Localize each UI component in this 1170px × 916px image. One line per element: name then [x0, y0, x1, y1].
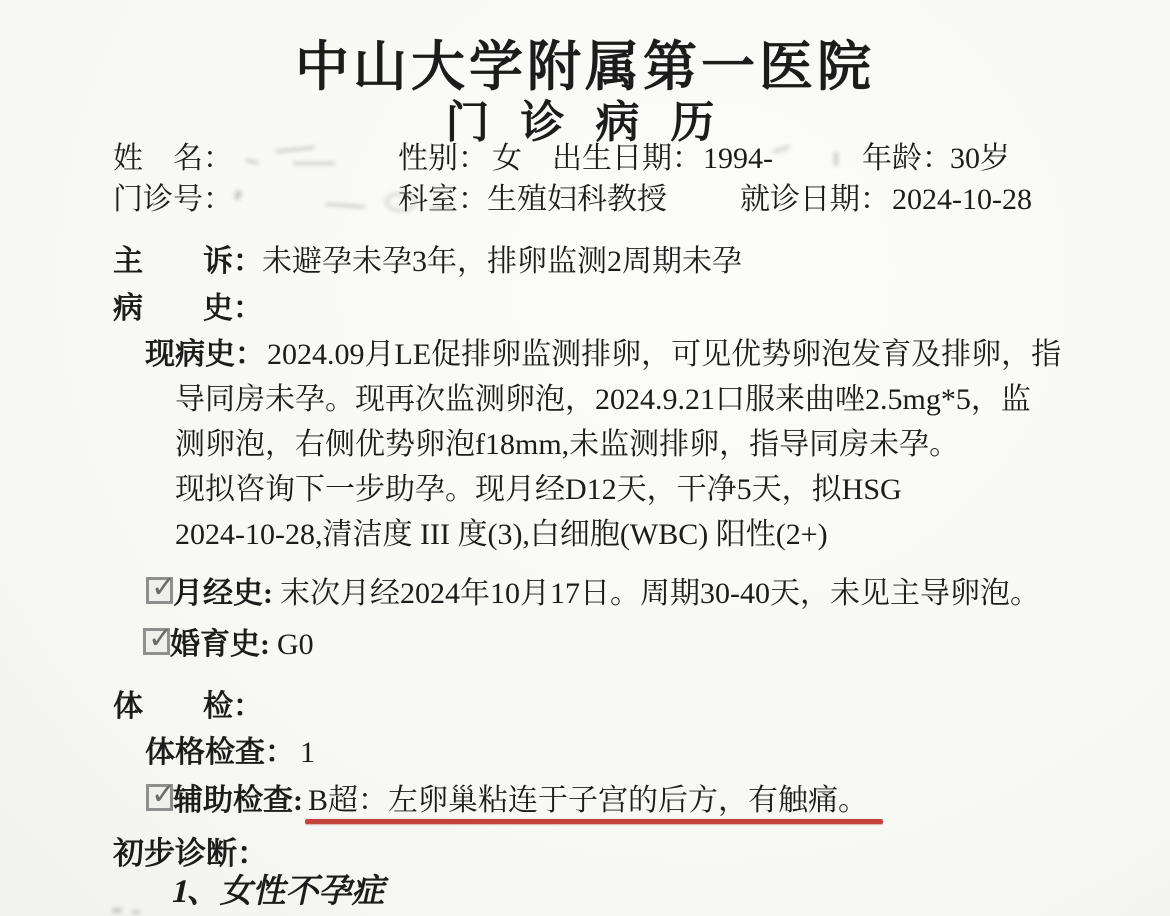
checkbox-marital-history[interactable]: ✓: [143, 628, 170, 655]
diagnosis-label: 初步诊断：: [113, 836, 268, 872]
present-history-text: 导同房未孕。现再次监测卵泡，2024.9.21口服来曲唑2.5mg*5，监: [175, 383, 1031, 416]
chief-complaint-label: 主 诉：: [113, 245, 263, 280]
physical-label: 体 检：: [113, 690, 263, 725]
marital-history-label: 婚育史:: [170, 628, 270, 663]
redacted-clinic-no-area: [235, 186, 460, 212]
age-label: 年龄：: [862, 142, 952, 177]
menstrual-history-value: 末次月经2024年10月17日。周期30-40天，未见主导卵泡。: [280, 577, 1040, 612]
history-label: 病 史：: [113, 292, 263, 327]
clinic-no-label: 门诊号：: [113, 183, 233, 218]
checkmark-icon: ✓: [148, 627, 169, 651]
birth-date-value: 1994-: [703, 142, 773, 177]
diagnosis-item-1-row: 1、女性不孕症: [172, 874, 387, 912]
present-history-row-3: 测卵泡，右侧优势卵泡f18mm,未监测排卵，指导同房未孕。: [175, 428, 959, 463]
medical-record-page: 中山大学附属第一医院 门 诊 病 历 姓 名： 性别： 女 出生日期： 1994…: [0, 0, 1170, 916]
birth-date-label: 出生日期：: [552, 142, 702, 177]
chief-complaint-value: 未避孕未孕3年，排卵监测2周期未孕: [262, 245, 742, 280]
present-history-label: 现病史：: [145, 338, 265, 373]
document-title: 门 诊 病 历: [0, 86, 1170, 150]
present-history-row-5: 2024-10-28,清洁度 III 度(3),白细胞(WBC) 阳性(2+): [175, 518, 828, 553]
visit-date-value: 2024-10-28: [892, 183, 1032, 218]
present-history-text: 现拟咨询下一步助孕。现月经D12天，干净5天，拟HSG: [175, 473, 902, 506]
checkbox-menstrual-history[interactable]: ✓: [146, 577, 173, 604]
physical-exam-value: 1: [300, 736, 315, 771]
visit-date-label: 就诊日期：: [740, 183, 890, 218]
physical-exam-label: 体格检查：: [145, 736, 295, 771]
name-label: 姓 名：: [113, 142, 233, 177]
present-history-row-2: 导同房未孕。现再次监测卵泡，2024.9.21口服来曲唑2.5mg*5，监: [175, 383, 1031, 418]
auxiliary-exam-label: 辅助检查:: [173, 784, 303, 819]
gender-label: 性别：: [398, 142, 488, 177]
department-value: 生殖妇科教授: [487, 183, 667, 218]
present-history-text: 2024-10-28,清洁度 III 度(3),白细胞(WBC) 阳性(2+): [175, 518, 828, 551]
gender-value: 女: [492, 142, 522, 177]
red-underline: [305, 819, 883, 824]
bottom-cutoff-smudge: [112, 906, 172, 916]
present-history-text: 测卵泡，右侧优势卵泡f18mm,未监测排卵，指导同房未孕。: [175, 428, 959, 461]
checkbox-auxiliary-exam[interactable]: ✓: [146, 784, 173, 811]
menstrual-history-label: 月经史:: [173, 577, 273, 612]
redacted-birth-area: [768, 144, 853, 168]
redacted-name-area: [245, 146, 360, 170]
age-value: 30岁: [950, 142, 1010, 177]
marital-history-value: G0: [277, 628, 314, 663]
checkmark-icon: ✓: [151, 783, 172, 807]
checkmark-icon: ✓: [151, 576, 172, 600]
present-history-text: 2024.09月LE促排卵监测排卵，可见优势卵泡发育及排卵，指: [267, 338, 1061, 373]
auxiliary-exam-value: B超：左卵巢粘连于子宫的后方，有触痛。: [308, 784, 868, 819]
present-history-row-4: 现拟咨询下一步助孕。现月经D12天，干净5天，拟HSG: [175, 473, 902, 508]
diagnosis-item: 1、女性不孕症: [168, 874, 391, 912]
